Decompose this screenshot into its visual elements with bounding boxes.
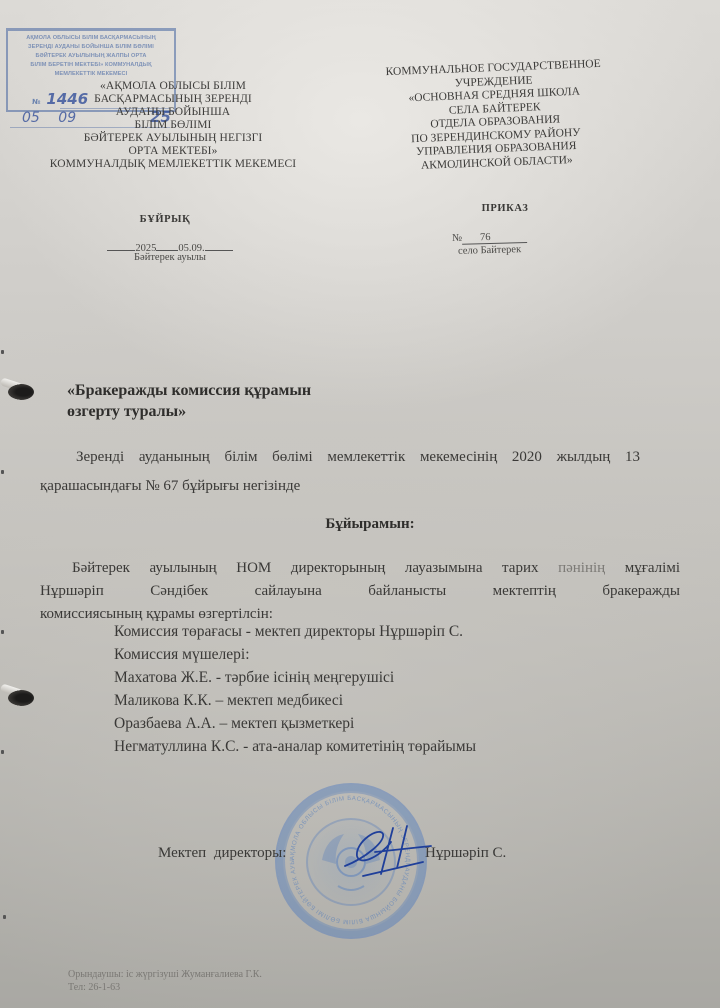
order-subject: «Бракеражды комиссия құрамын өзгерту тур…: [67, 380, 311, 422]
stamp-line: ЗЕРЕНДІ АУДАНЫ БОЙЫНША БІЛІМ БӨЛІМІ: [8, 43, 174, 52]
signature-title: Мектеп директоры:: [158, 845, 286, 862]
header-line: АУДАНЫ БОЙЫНША: [38, 106, 308, 119]
margin-mark: [1, 470, 4, 474]
executor-name: Орындаушы: іс жүргізуші Жуманғалиева Г.К…: [68, 968, 262, 981]
handwritten-signature-icon: [335, 822, 435, 887]
commission-list: Комиссия төрағасы - мектеп директоры Нұр…: [114, 620, 476, 758]
order-title-ru: ПРИКАЗ: [440, 203, 570, 214]
order-number-ru: №76: [452, 231, 527, 245]
header-line: КОММУНАЛДЫҚ МЕМЛЕКЕТТІК МЕКЕМЕСІ: [38, 158, 308, 171]
decree-paragraph: Бәйтерек ауылының НОМ директорының лауаз…: [40, 557, 680, 626]
decree-heading: Бұйырамын:: [0, 516, 720, 533]
order-place-ru: село Байтерек: [458, 244, 521, 257]
signatory-name: Нұршәріп С.: [425, 845, 506, 862]
margin-mark: [1, 350, 4, 354]
executor-phone: Тел: 26-1-63: [68, 981, 262, 994]
margin-mark: [3, 915, 6, 919]
order-title-kz: БҰЙРЫҚ: [100, 214, 230, 225]
header-line: БІЛІМ БӨЛІМІ: [38, 119, 308, 132]
binder-hole: [8, 384, 34, 400]
header-institution-kz: «АҚМОЛА ОБЛЫСЫ БІЛІМ БАСҚАРМАСЫНЫҢ ЗЕРЕН…: [38, 80, 308, 171]
stamp-line: БӘЙТЕРЕК АУЫЛЫНЫҢ ЖАЛПЫ ОРТА: [8, 52, 174, 61]
basis-paragraph-line2: қарашасындағы № 67 бұйрығы негізінде: [40, 478, 300, 495]
commission-member: Махатова Ж.Е. - тәрбие ісінің меңгерушіс…: [114, 666, 476, 689]
executor-footer: Орындаушы: іс жүргізуші Жуманғалиева Г.К…: [68, 968, 262, 994]
header-line: ОРТА МЕКТЕБІ»: [38, 145, 308, 158]
commission-members-heading: Комиссия мүшелері:: [114, 643, 476, 666]
stamp-line: АҚМОЛА ОБЛЫСЫ БІЛІМ БАСҚАРМАСЫНЫҢ: [8, 34, 174, 43]
basis-paragraph-line1: Зеренді ауданының білім бөлімі мемлекетт…: [40, 446, 640, 468]
binder-hole: [8, 690, 34, 706]
margin-mark: [1, 630, 4, 634]
commission-member: Оразбаева А.А. – мектеп қызметкері: [114, 712, 476, 735]
stamp-line: МЕМЛЕКЕТТІК МЕКЕМЕСІ: [8, 70, 174, 79]
stamp-line: БІЛІМ БЕРЕТІН МЕКТЕБІ» КОММУНАЛДЫҚ: [8, 61, 174, 70]
header-line: БӘЙТЕРЕК АУЫЛЫНЫҢ НЕГІЗГІ: [38, 132, 308, 145]
header-institution-ru: КОММУНАЛЬНОЕ ГОСУДАРСТВЕННОЕ УЧРЕЖДЕНИЕ …: [368, 57, 622, 175]
commission-member: Маликова К.К. – мектеп медбикесі: [114, 689, 476, 712]
header-line: БАСҚАРМАСЫНЫҢ ЗЕРЕНДІ: [38, 93, 308, 106]
commission-member: Негматуллина К.С. - ата-аналар комитетін…: [114, 735, 476, 758]
margin-mark: [1, 750, 4, 754]
header-line: «АҚМОЛА ОБЛЫСЫ БІЛІМ: [38, 80, 308, 93]
order-place-kz: Бәйтерек ауылы: [95, 252, 245, 263]
commission-chair: Комиссия төрағасы - мектеп директоры Нұр…: [114, 620, 476, 643]
